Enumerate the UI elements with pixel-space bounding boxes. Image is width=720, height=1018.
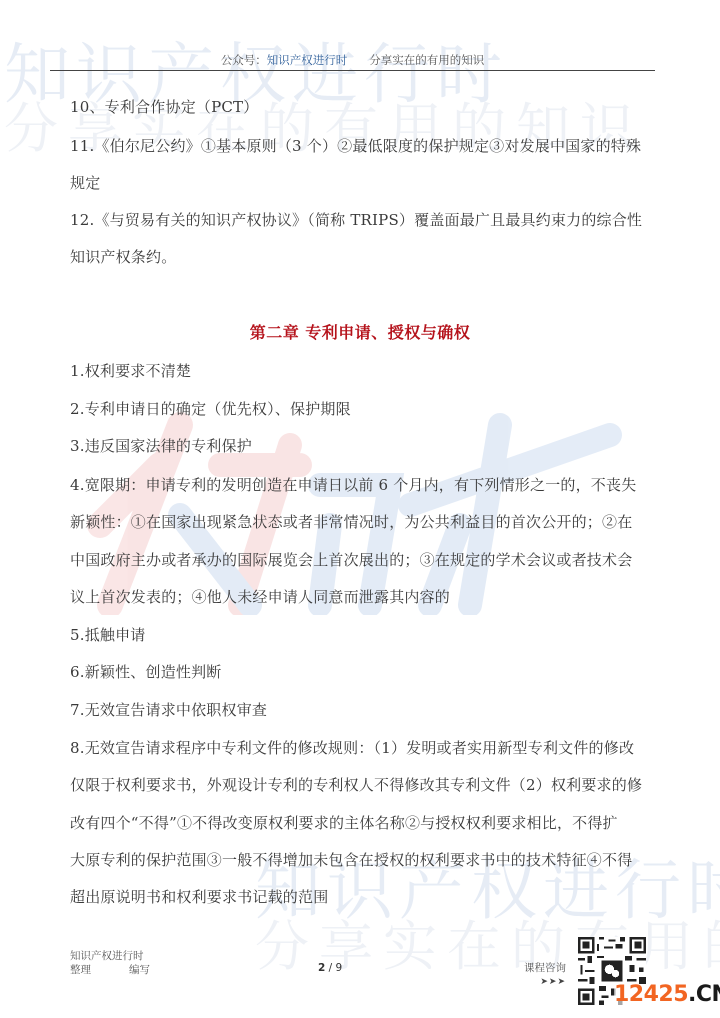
site-badge: 12425.CN [614,984,720,1006]
header-prefix: 公众号： [221,53,267,67]
site-badge-domain: .CN [688,982,720,1007]
page-number: 2 / 9 [318,962,342,974]
list-item-cont: 超出原说明书和权利要求书记载的范围 [70,886,328,907]
chapter-title: 第二章 专利申请、授权与确权 [0,320,720,343]
header-slogan: 分享实在的有用的知识 [369,53,484,67]
paragraph-line: 11.《伯尔尼公约》①基本原则（3 个）②最低限度的保护规定③对发展中国家的特殊 [70,135,641,156]
site-badge-number: 12425 [614,982,688,1007]
page-total: 9 [336,962,343,974]
paragraph-line: 12.《与贸易有关的知识产权协议》（简称 TRIPS）覆盖面最广且最具约束力的综… [70,209,642,230]
paragraph-line: 规定 [70,172,100,193]
page-separator: / [325,962,335,974]
list-item-cont: 议上首次发表的；④他人未经申请人同意而泄露其内容的 [70,586,450,607]
list-item: 8.无效宣告请求程序中专利文件的修改规则：（1）发明或者实用新型专利文件的修改 [70,737,634,758]
footer-credit-role-b: 编写 [129,964,150,976]
footer-credit-role-a: 整理 [70,964,91,976]
list-item: 6.新颖性、创造性判断 [70,661,222,682]
page-header: 公众号：知识产权进行时分享实在的有用的知识 [50,52,655,71]
list-item: 2.专利申请日的确定（优先权）、保护期限 [70,398,351,419]
list-item-cont: 仅限于权利要求书，外观设计专利的专利权人不得修改其专利文件（2）权利要求的修 [70,774,642,795]
list-item: 4.宽限期：申请专利的发明创造在申请日以前 6 个月内，有下列情形之一的，不丧失 [70,474,636,495]
course-consult: 课程咨询 ➤➤➤ [524,961,566,989]
list-item: 7.无效宣告请求中依职权审查 [70,699,267,720]
list-item-cont: 改有四个“不得”①不得改变原权利要求的主体名称②与授权权利要求相比，不得扩 [70,812,618,833]
paragraph-line: 知识产权条约。 [70,246,176,267]
list-item-cont: 新颖性：①在国家出现紧急状态或者非常情况时，为公共利益目的首次公开的；②在 [70,511,632,532]
list-item-cont: 中国政府主办或者承办的国际展览会上首次展出的；③在规定的学术会议或者技术会 [70,549,632,570]
footer-credit-name: 知识产权进行时 [70,949,150,963]
list-item: 3.违反国家法律的专利保护 [70,435,252,456]
list-item: 1.权利要求不清楚 [70,360,191,381]
header-brand: 知识产权进行时 [267,53,348,67]
list-item-cont: 大原专利的保护范围③一般不得增加未包含在授权的权利要求书中的技术特征④不得 [70,849,632,870]
arrows-icon: ➤➤➤ [524,975,566,989]
list-item: 5.抵触申请 [70,624,146,645]
paragraph-line: 10、专利合作协定（PCT） [70,96,258,117]
consult-label: 课程咨询 [524,962,566,974]
footer-credit: 知识产权进行时 整理编写 [70,949,150,977]
